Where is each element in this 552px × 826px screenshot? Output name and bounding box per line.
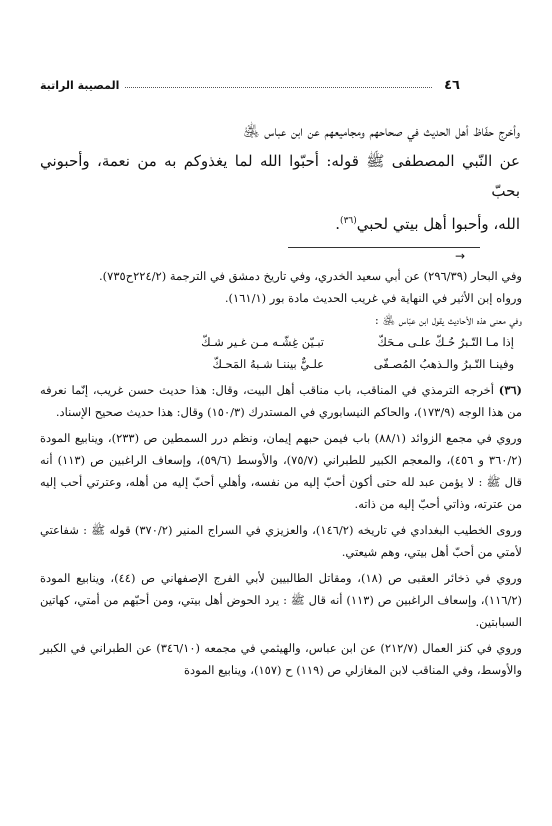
footnote-number: (٣٦) [499, 383, 522, 397]
footnote-separator [288, 247, 480, 248]
header-dotted-leader [125, 87, 432, 88]
footnote-continued-line: وفي معنى هذه الأحاديث يقول ابن عبّاس ﵁ : [40, 309, 522, 331]
footnote-continued-line: وفي البحار (٢٩٦/٣٩) عن أبي سعيد الخدري، … [40, 265, 522, 287]
footnote-paragraph: وروي في ذخائر العقبى ص (١٨)، ومقاتل الطا… [40, 567, 522, 633]
running-header: ٤٦ المصيبة الراتبة [40, 76, 460, 94]
main-line-3: الله، وأحبوا أهل بيتي لحبي(٣٦). [40, 206, 520, 239]
footnote-paragraph: وروي في مجمع الزوائد (٨٨/١) باب فيمن حبه… [40, 427, 522, 515]
book-page: ٤٦ المصيبة الراتبة وأخرج حفّاظ أهل الحدي… [0, 0, 552, 826]
verse-line: إذا مـا التّـبرُ حُـكّ علـى مـحَكّ تبـيّ… [40, 331, 522, 353]
verse-line: وفينـا التّـبرُ والـذهبُ المُصـفّى علـيٌ… [40, 353, 522, 375]
main-text: وأخرج حفّاظ أهل الحديث في صحاحهم ومجاميع… [40, 116, 520, 239]
footnote-36-text: أخرجه الترمذي في المناقب، باب مناقب أهل … [40, 383, 522, 419]
verse-hemistich-first: إذا مـا التّـبرُ حُـكّ علـى مـحَكّ [324, 331, 514, 353]
running-title: المصيبة الراتبة [40, 79, 119, 92]
main-line-1: وأخرج حفّاظ أهل الحديث في صحاحهم ومجاميع… [40, 116, 520, 146]
verse-hemistich-second: تبـيّن غِشّـه مـن غـير شـكّ [134, 331, 324, 353]
footnote-reference[interactable]: (٣٦) [340, 216, 357, 226]
footnote-continued-line: ورواه إبن الأثير في النهاية في غريب الحد… [40, 287, 522, 309]
continuation-arrow-icon: → [455, 249, 465, 263]
main-line-3-text: الله، وأحبوا أهل بيتي لحبي [357, 215, 520, 233]
page-number: ٤٦ [444, 78, 460, 93]
main-line-2: عن النّبي المصطفى ﷺ قوله: أحبّوا الله لم… [40, 146, 520, 206]
footnote-paragraph: وروى الخطيب البغدادي في تاريخه (١٤٦/٢)، … [40, 519, 522, 563]
footnote-paragraph: وروي في كنز العمال (٢١٢/٧) عن ابن عباس، … [40, 637, 522, 681]
footnotes: وفي البحار (٢٩٦/٣٩) عن أبي سعيد الخدري، … [40, 265, 522, 681]
verse-hemistich-second: علـيٌّ بيننـا شـبهُ المَحـكّ [134, 353, 324, 375]
verse-hemistich-first: وفينـا التّـبرُ والـذهبُ المُصـفّى [324, 353, 514, 375]
footnote-36: (٣٦) أخرجه الترمذي في المناقب، باب مناقب… [40, 379, 522, 423]
